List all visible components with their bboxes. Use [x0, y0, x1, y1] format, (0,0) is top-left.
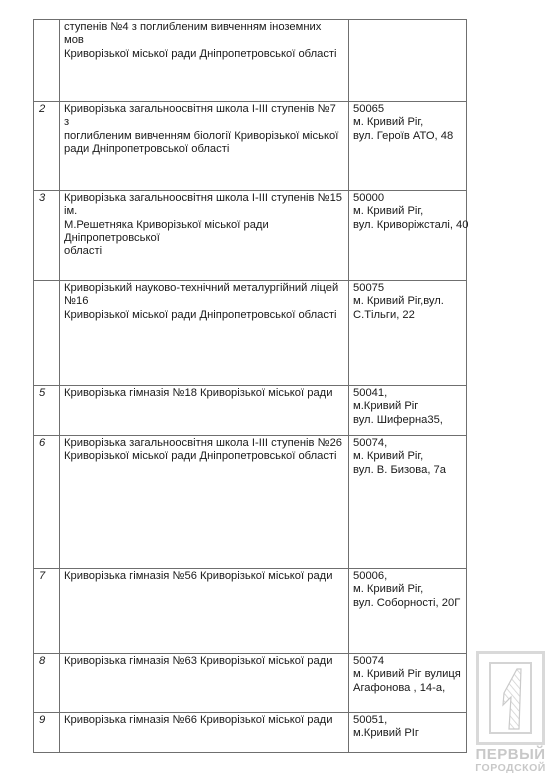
- address-line: вул. Криворіжсталі, 40: [353, 219, 462, 232]
- table-row: 9Криворізька гімназія №66 Криворізької м…: [34, 713, 467, 753]
- address-line: м. Кривий Ріг,: [353, 116, 462, 129]
- address-line: вул. Шиферна35,: [353, 414, 462, 427]
- address-line: 50074: [353, 655, 462, 668]
- school-address: 50074,м. Кривий Ріг,вул. В. Бизова, 7а: [349, 436, 467, 569]
- address-line: м.Кривий Ріг: [353, 400, 462, 413]
- address-line: 50000: [353, 192, 462, 205]
- address-line: 50006,: [353, 570, 462, 583]
- address-line: 50051,: [353, 714, 462, 727]
- table-row: 5Криворізька гімназія №18 Криворізької м…: [34, 386, 467, 436]
- school-address: 50065м. Кривий Ріг,вул. Героїв АТО, 48: [349, 102, 467, 191]
- address-line: м. Кривий Ріг,: [353, 583, 462, 596]
- row-number: 8: [34, 654, 60, 713]
- row-number: 6: [34, 436, 60, 569]
- row-number: 7: [34, 569, 60, 654]
- row-number: 3: [34, 191, 60, 281]
- school-name: Криворізька гімназія №56 Криворізької мі…: [60, 569, 349, 654]
- row-number: 9: [34, 713, 60, 753]
- school-address: 50006,м. Кривий Ріг,вул. Соборності, 20Г: [349, 569, 467, 654]
- address-line: 50075: [353, 282, 462, 295]
- school-address: 50075м. Кривий Ріг,вул.С.Тільги, 22: [349, 281, 467, 386]
- school-name: Криворізька загальноосвітня школа І-ІІІ …: [60, 436, 349, 569]
- school-address: 50000м. Кривий Ріг,вул. Криворіжсталі, 4…: [349, 191, 467, 281]
- number-one-logo-icon: [473, 649, 548, 749]
- watermark-logo: ПЕРВЫЙ ГОРОДСКОЙ: [473, 649, 548, 775]
- schools-table: ступенів №4 з поглибленим вивченням іноз…: [33, 19, 467, 753]
- school-address: 50041,м.Кривий Рігвул. Шиферна35,: [349, 386, 467, 436]
- school-name: Криворізька загальноосвітня школа І-ІІІ …: [60, 102, 349, 191]
- school-name: Криворізький науково-технічний металургі…: [60, 281, 349, 386]
- school-name: Криворізька гімназія №63 Криворізької мі…: [60, 654, 349, 713]
- table-row: 8Криворізька гімназія №63 Криворізької м…: [34, 654, 467, 713]
- row-number: [34, 20, 60, 102]
- table-row: ступенів №4 з поглибленим вивченням іноз…: [34, 20, 467, 102]
- logo-text-line1: ПЕРВЫЙ: [473, 746, 548, 763]
- address-line: 50041,: [353, 387, 462, 400]
- row-number: [34, 281, 60, 386]
- address-line: м. Кривий Ріг,: [353, 450, 462, 463]
- school-name: Криворізька гімназія №66 Криворізької мі…: [60, 713, 349, 753]
- table-row: 2Криворізька загальноосвітня школа І-ІІІ…: [34, 102, 467, 191]
- address-line: м. Кривий Ріг,: [353, 205, 462, 218]
- logo-text-line2: ГОРОДСКОЙ: [473, 762, 548, 774]
- address-line: м. Кривий Ріг,вул.: [353, 295, 462, 308]
- school-address: 50051,м.Кривий РІг: [349, 713, 467, 753]
- school-address: [349, 20, 467, 102]
- table-row: Криворізький науково-технічний металургі…: [34, 281, 467, 386]
- address-line: С.Тільги, 22: [353, 309, 462, 322]
- address-line: м. Кривий Ріг вулиця: [353, 668, 462, 681]
- school-address: 50074м. Кривий Ріг вулицяАгафонова , 14-…: [349, 654, 467, 713]
- row-number: 2: [34, 102, 60, 191]
- table-row: 6Криворізька загальноосвітня школа І-ІІІ…: [34, 436, 467, 569]
- table-row: 7Криворізька гімназія №56 Криворізької м…: [34, 569, 467, 654]
- address-line: вул. Соборності, 20Г: [353, 597, 462, 610]
- school-name: Криворізька загальноосвітня школа І-ІІІ …: [60, 191, 349, 281]
- row-number: 5: [34, 386, 60, 436]
- school-name: ступенів №4 з поглибленим вивченням іноз…: [60, 20, 349, 102]
- address-line: вул. В. Бизова, 7а: [353, 464, 462, 477]
- school-name: Криворізька гімназія №18 Криворізької мі…: [60, 386, 349, 436]
- address-line: м.Кривий РІг: [353, 727, 462, 740]
- address-line: 50074,: [353, 437, 462, 450]
- address-line: Агафонова , 14-а,: [353, 682, 462, 695]
- address-line: 50065: [353, 103, 462, 116]
- address-line: вул. Героїв АТО, 48: [353, 130, 462, 143]
- table-row: 3Криворізька загальноосвітня школа І-ІІІ…: [34, 191, 467, 281]
